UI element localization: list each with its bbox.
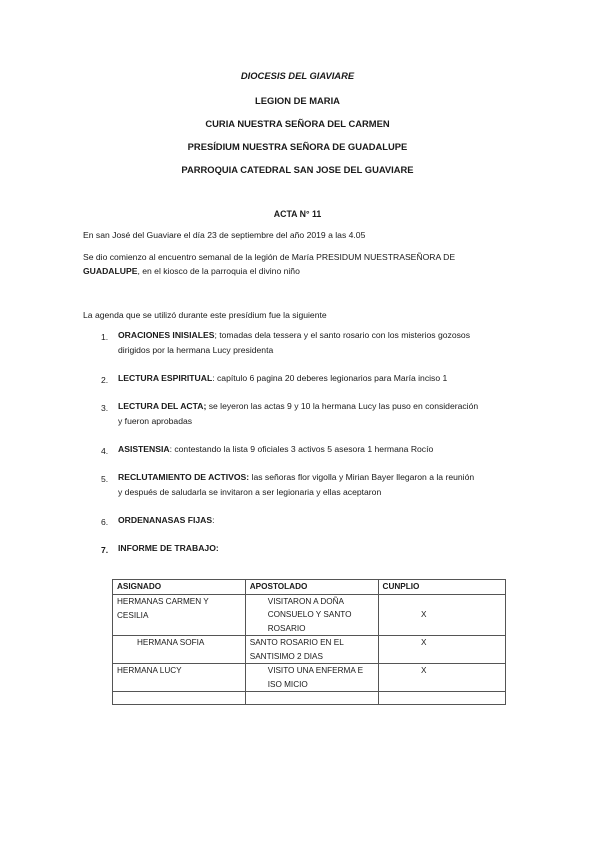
cell-cumplio: X (378, 664, 505, 692)
agenda-number: 5. (101, 474, 108, 484)
agenda-text-cont: y después de saludarla se invitaron a se… (118, 487, 381, 497)
agenda-number: 2. (101, 375, 108, 385)
agenda-text: se leyeron las actas 9 y 10 la hermana L… (206, 401, 478, 411)
table-row: HERMANA SOFIA SANTO ROSARIO EN EL SANTIS… (113, 636, 506, 664)
agenda-number: 6. (101, 517, 108, 527)
cell-apostolado (245, 692, 378, 705)
agenda-text: : capítulo 6 pagina 20 deberes legionari… (212, 373, 447, 383)
agenda-text: : contestando la lista 9 oficiales 3 act… (170, 444, 434, 454)
agenda-number: 4. (101, 446, 108, 456)
agenda-title: RECLUTAMIENTO DE ACTIVOS: (118, 472, 249, 482)
date-line: En san José del Guaviare el día 23 de se… (83, 230, 365, 240)
agenda-number: 1. (101, 332, 108, 342)
intro-line-2: GUADALUPE, en el kiosco de la parroquia … (83, 266, 300, 276)
table-row (113, 692, 506, 705)
cell-cumplio: X (378, 594, 505, 636)
table-row: HERMANA LUCY VISITO UNA ENFERMA E ISO MI… (113, 664, 506, 692)
diocese-title: DIOCESIS DEL GIAVIARE (0, 70, 595, 81)
header-cumplio: CUNPLIO (378, 580, 505, 595)
table-header-row: ASIGNADO APOSTOLADO CUNPLIO (113, 580, 506, 595)
acta-title: ACTA N° 11 (0, 209, 595, 219)
table-row: HERMANAS CARMEN Y CESILIA VISITARON A DO… (113, 594, 506, 636)
work-report-table: ASIGNADO APOSTOLADO CUNPLIO HERMANAS CAR… (112, 579, 506, 705)
cell-asignado: HERMANA LUCY (113, 664, 246, 692)
agenda-title: ORACIONES INISIALES (118, 330, 214, 340)
intro-bold: GUADALUPE (83, 266, 137, 276)
agenda-title: INFORME DE TRABAJO: (118, 543, 219, 553)
agenda-text: ; tomadas dela tessera y el santo rosari… (214, 330, 470, 340)
curia-title: CURIA NUESTRA SEÑORA DEL CARMEN (0, 118, 595, 129)
intro-line-1: Se dio comienzo al encuentro semanal de … (83, 252, 455, 262)
cell-cumplio: X (378, 636, 505, 664)
cell-asignado: HERMANAS CARMEN Y CESILIA (113, 594, 246, 636)
agenda-title: ASISTENSIA (118, 444, 170, 454)
agenda-title: ORDENANASAS FIJAS (118, 515, 212, 525)
agenda-number: 3. (101, 403, 108, 413)
cell-apostolado: SANTO ROSARIO EN EL SANTISIMO 2 DIAS (245, 636, 378, 664)
intro-rest: , en el kiosco de la parroquia el divino… (137, 266, 299, 276)
agenda-text-cont: y fueron aprobadas (118, 416, 192, 426)
agenda-text: las señoras flor vigolla y Mirian Bayer … (249, 472, 474, 482)
agenda-intro: La agenda que se utilizó durante este pr… (83, 310, 327, 320)
agenda-title: LECTURA ESPIRITUAL (118, 373, 212, 383)
legion-title: LEGION DE MARIA (0, 95, 595, 106)
cell-apostolado: VISITO UNA ENFERMA E ISO MICIO (245, 664, 378, 692)
cell-apostolado: VISITARON A DOÑA CONSUELO Y SANTO ROSARI… (245, 594, 378, 636)
header-apostolado: APOSTOLADO (245, 580, 378, 595)
agenda-text: : (212, 515, 214, 525)
header-asignado: ASIGNADO (113, 580, 246, 595)
agenda-title: LECTURA DEL ACTA; (118, 401, 206, 411)
presidium-title: PRESÍDIUM NUESTRA SEÑORA DE GUADALUPE (0, 141, 595, 152)
cell-asignado (113, 692, 246, 705)
agenda-number: 7. (101, 545, 108, 555)
agenda-text-cont: dirigidos por la hermana Lucy presidenta (118, 345, 273, 355)
parish-title: PARROQUIA CATEDRAL SAN JOSE DEL GUAVIARE (0, 164, 595, 175)
cell-asignado: HERMANA SOFIA (113, 636, 246, 664)
cell-cumplio (378, 692, 505, 705)
